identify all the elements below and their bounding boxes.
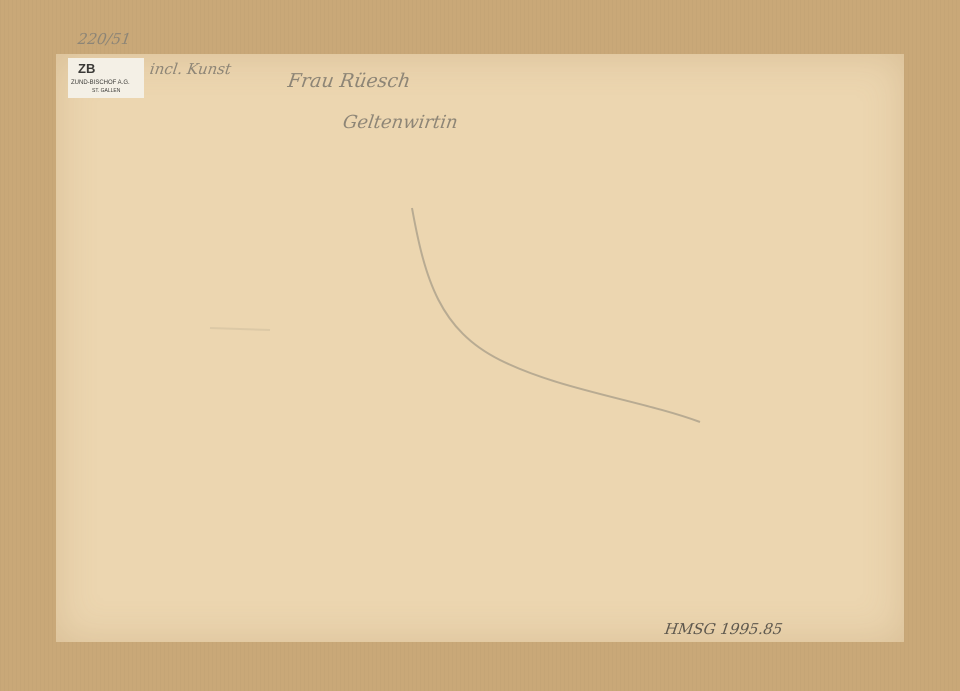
pencil-stroke — [0, 0, 960, 691]
inventory-number: HMSG 1995.85 — [664, 620, 784, 638]
